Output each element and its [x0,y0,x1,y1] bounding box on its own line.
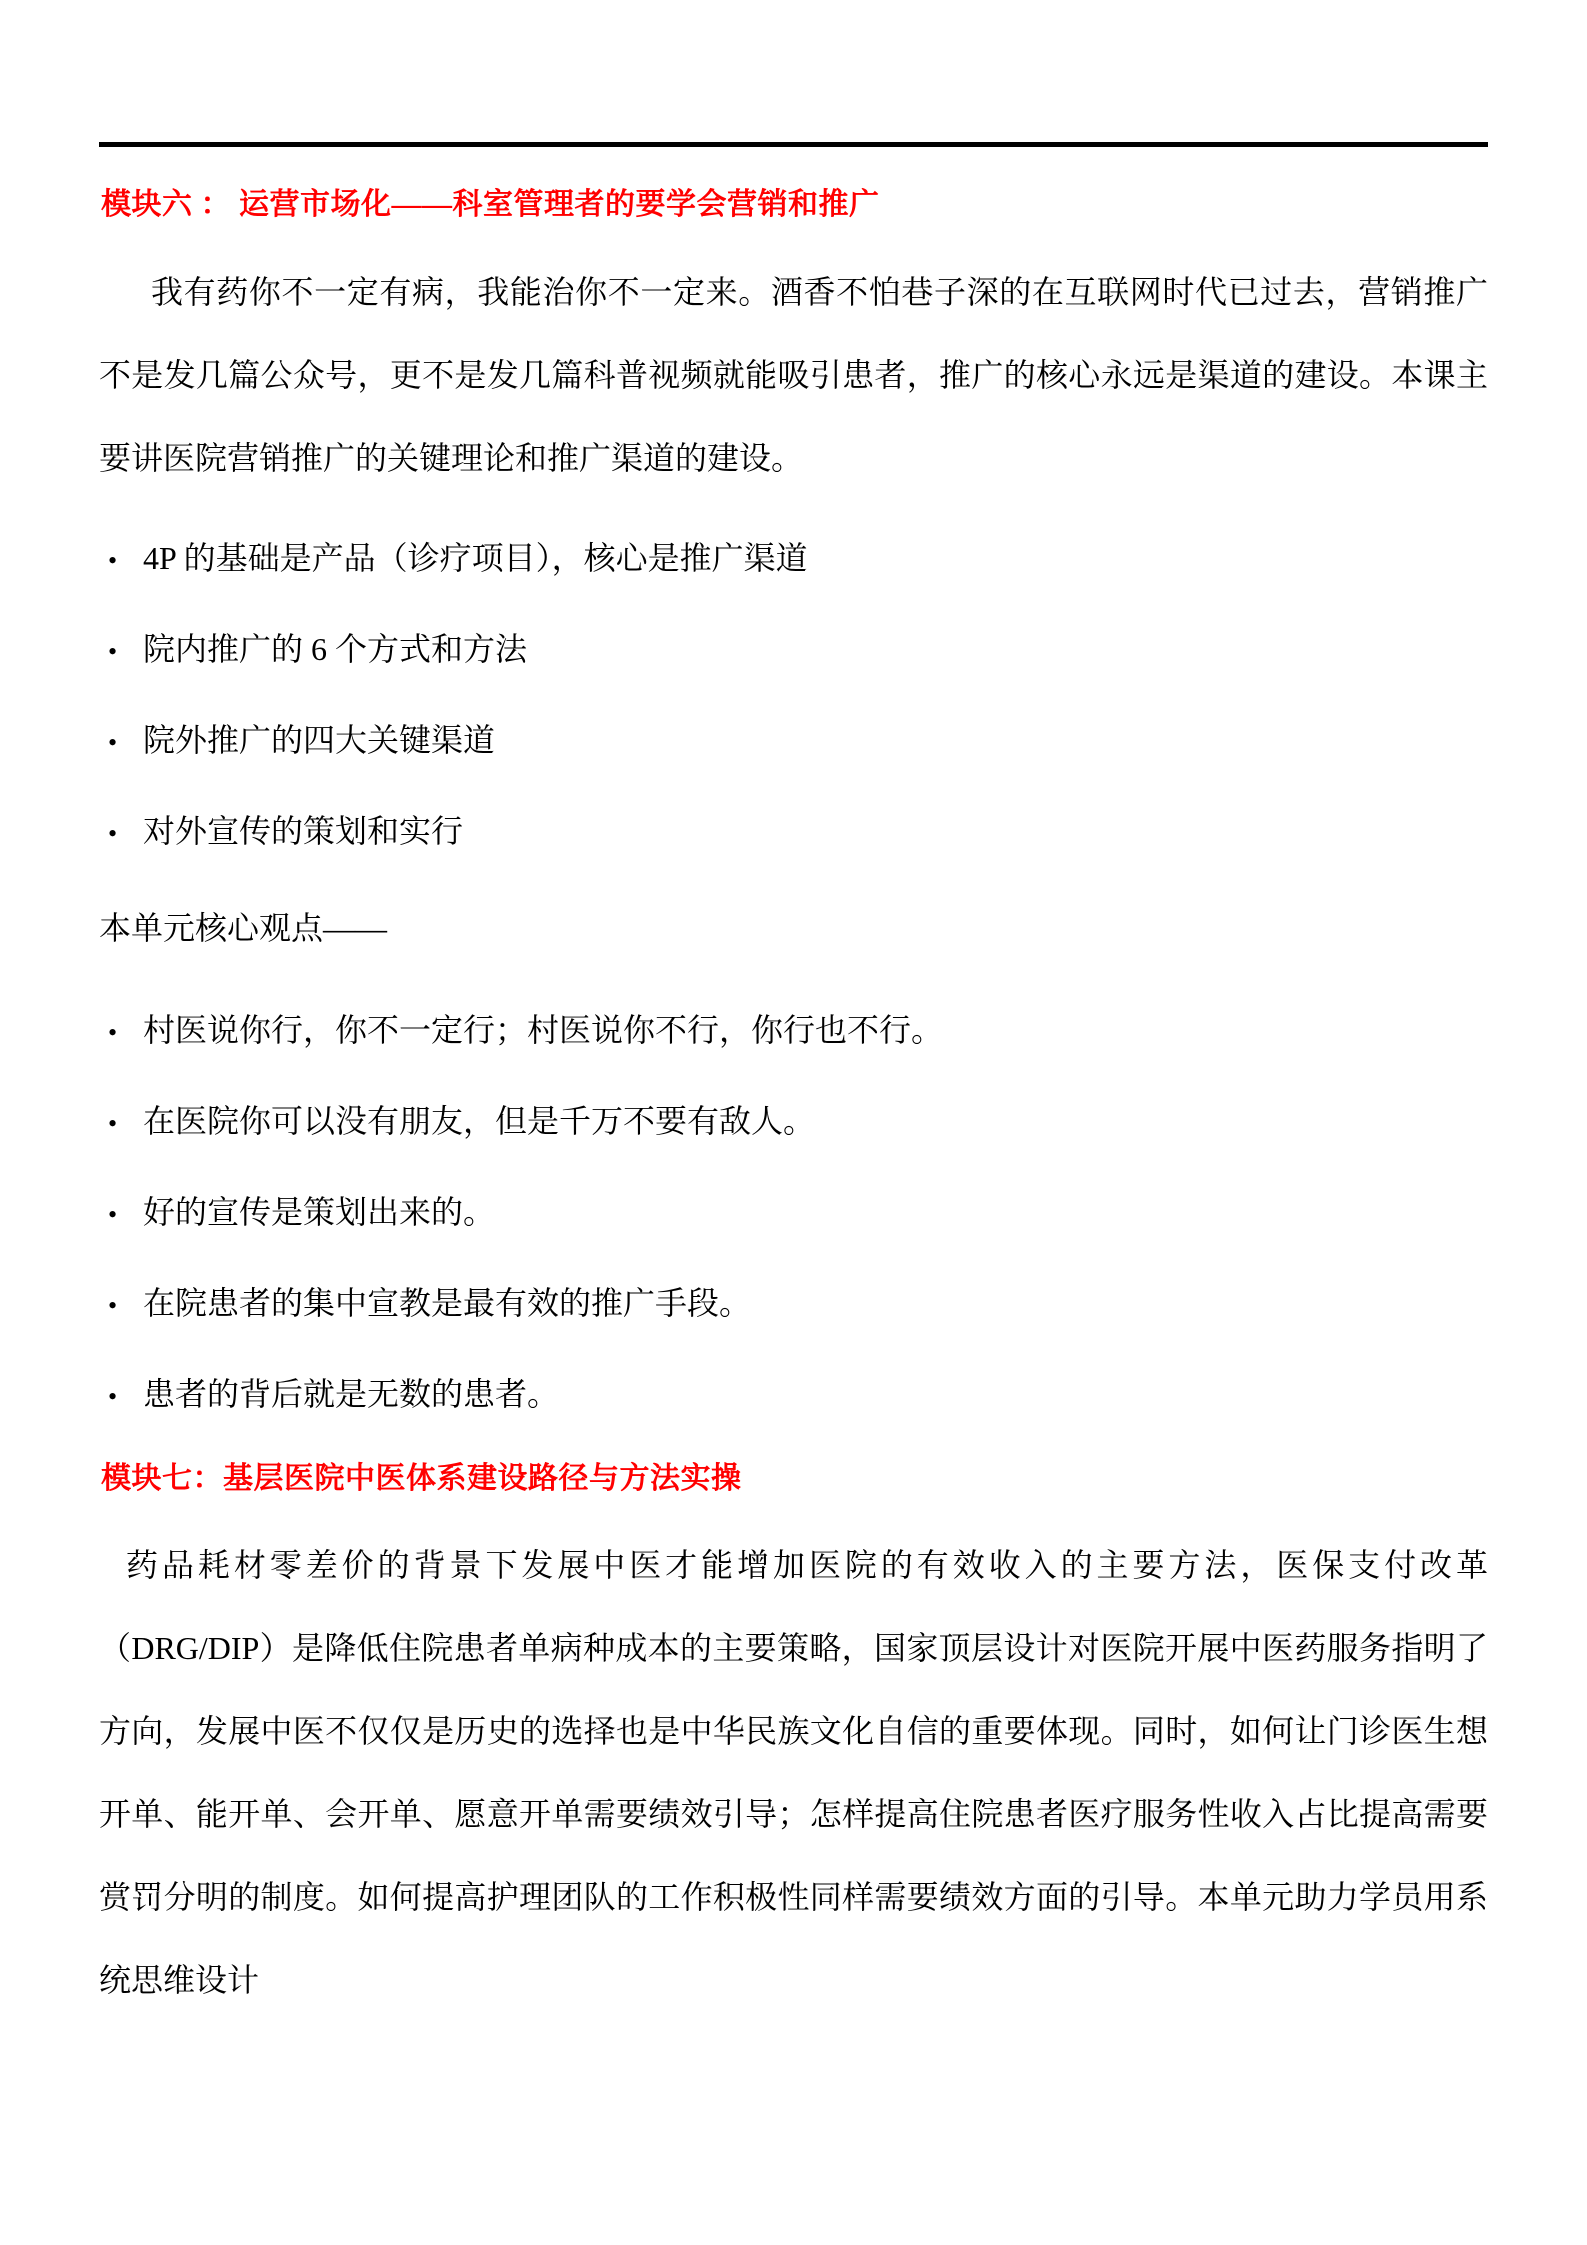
module-6-topic-list: • 4P 的基础是产品（诊疗项目），核心是推广渠道 • 院内推广的 6 个方式和… [99,514,1488,878]
document-page: 模块六 ： 运营市场化——科室管理者的要学会营销和推广 我有药你不一定有病，我能… [0,0,1587,2245]
bullet-icon: • [99,790,143,878]
module-7-heading: 模块七：基层医院中医体系建设路径与方法实操 [101,1457,1488,1501]
topic-text: 院内推广的 6 个方式和方法 [143,605,527,693]
topic-text: 院外推广的四大关键渠道 [143,696,495,784]
bullet-icon: • [99,517,143,605]
bullet-icon: • [99,1080,143,1168]
bullet-icon: • [99,1171,143,1259]
viewpoint-text: 在院患者的集中宣教是最有效的推广手段。 [143,1259,751,1347]
bullet-icon: • [99,1262,143,1350]
bullet-icon: • [99,699,143,787]
list-item: • 院外推广的四大关键渠道 [99,696,1488,787]
list-item: • 4P 的基础是产品（诊疗项目），核心是推广渠道 [99,514,1488,605]
list-item: • 好的宣传是策划出来的。 [99,1168,1488,1259]
viewpoint-text: 在医院你可以没有朋友，但是千万不要有敌人。 [143,1077,815,1165]
list-item: • 院内推广的 6 个方式和方法 [99,605,1488,696]
list-item: • 在医院你可以没有朋友，但是千万不要有敌人。 [99,1077,1488,1168]
module-6-intro-paragraph: 我有药你不一定有病，我能治你不一定来。酒香不怕巷子深的在互联网时代已过去，营销推… [99,251,1488,500]
bullet-icon: • [99,989,143,1077]
core-viewpoints-label: 本单元核心观点—— [99,884,1488,972]
list-item: • 村医说你行，你不一定行；村医说你不行，你行也不行。 [99,986,1488,1077]
header-rule [99,142,1488,147]
module-7-intro-paragraph: 药品耗材零差价的背景下发展中医才能增加医院的有效收入的主要方法，医保支付改革（D… [99,1524,1488,2022]
list-item: • 在院患者的集中宣教是最有效的推广手段。 [99,1259,1488,1350]
list-item: • 患者的背后就是无数的患者。 [99,1350,1488,1441]
core-viewpoints-list: • 村医说你行，你不一定行；村医说你不行，你行也不行。 • 在医院你可以没有朋友… [99,986,1488,1441]
topic-text: 4P 的基础是产品（诊疗项目），核心是推广渠道 [143,514,808,602]
module-6-heading: 模块六 ： 运营市场化——科室管理者的要学会营销和推广 [101,183,1488,227]
list-item: • 对外宣传的策划和实行 [99,787,1488,878]
topic-text: 对外宣传的策划和实行 [143,787,463,875]
bullet-icon: • [99,608,143,696]
bullet-icon: • [99,1353,143,1441]
viewpoint-text: 患者的背后就是无数的患者。 [143,1350,559,1438]
viewpoint-text: 村医说你行，你不一定行；村医说你不行，你行也不行。 [143,986,943,1074]
viewpoint-text: 好的宣传是策划出来的。 [143,1168,495,1256]
